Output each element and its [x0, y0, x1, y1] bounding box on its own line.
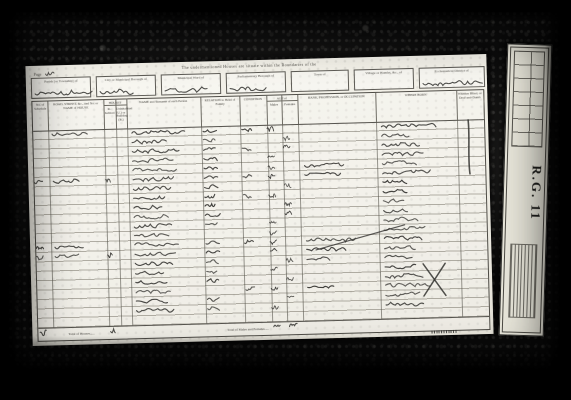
column-header-relation: RELATION to Head of Family: [200, 96, 241, 126]
district-box-label: Village or Hamlet, &c., of: [355, 69, 413, 76]
district-box-handwriting: [162, 74, 223, 97]
group-header-age-of: AGE of: [266, 96, 298, 102]
ink-stroke: [423, 80, 482, 86]
column-separator: [282, 124, 288, 321]
ink-stroke: [35, 90, 92, 96]
district-box-handwriting: [97, 76, 158, 99]
column-separator: [104, 129, 110, 326]
column-header-occupation: RANK, PROFESSION, or OCCUPATION: [297, 93, 376, 124]
district-box-5: Village or Hamlet, &c., of: [354, 68, 415, 91]
strip-fine-print: [508, 244, 537, 319]
group-header-houses: HOUSES: [104, 100, 127, 106]
ink-stroke: [230, 87, 266, 92]
column-header-label: RELATION to Head of Family: [200, 96, 240, 106]
column-header-name: NAME and Surname of each Person: [126, 97, 202, 128]
column-header-label: No. of Schedule: [32, 102, 48, 112]
column-separator: [298, 124, 304, 321]
column-separator: [457, 120, 463, 317]
ink-stroke: [165, 87, 207, 93]
column-header-label: CONDITION: [240, 96, 266, 102]
table-body: [33, 119, 489, 328]
scanned-census-photograph: Page The undermentioned Houses are situa…: [0, 0, 571, 400]
strip-inner-border: R.G. 11: [502, 46, 549, 333]
column-header-label: NAME and Surname of each Person: [126, 98, 200, 106]
column-header-label: WHERE BORN: [375, 91, 456, 99]
district-box-4: Town of: [291, 70, 350, 93]
column-header-label: RANK, PROFESSION, or OCCUPATION: [297, 93, 375, 101]
census-page: Page The undermentioned Houses are situa…: [25, 54, 493, 346]
column-separator: [240, 125, 246, 322]
column-separator: [201, 126, 207, 323]
district-box-handwriting: [227, 72, 288, 95]
column-header-label: Whether Blind, or Deaf-and-Dumb: [456, 90, 483, 100]
column-separator: [116, 129, 122, 326]
strip-reference-grid: [511, 51, 545, 148]
column-separator: [376, 122, 382, 319]
ink-stroke: [100, 89, 133, 95]
strip-rg-code: R.G. 11: [506, 149, 546, 236]
column-separator: [127, 128, 133, 325]
district-box-0: Parish [or Township] of: [31, 76, 92, 99]
district-box-label: Town of: [292, 71, 348, 77]
district-box-1: City or Municipal Borough of: [96, 75, 157, 98]
column-separator: [48, 130, 54, 327]
district-box-3: Parliamentary Borough of: [226, 71, 287, 94]
district-box-2: Municipal Ward of: [161, 73, 222, 96]
printers-mark: [431, 330, 457, 334]
column-separator: [267, 125, 273, 322]
district-box-handwriting: [32, 77, 93, 100]
total-of-males-females-label: Total of Males and Females.....: [132, 323, 269, 339]
column-header-born: WHERE BORN: [375, 91, 458, 122]
census-table: No. of ScheduleROAD, STREET, &c., and No…: [31, 89, 490, 342]
column-header-label: ROAD, STREET, &c., and No. or NAME of HO…: [48, 100, 104, 111]
district-box-handwriting: [420, 67, 487, 90]
district-box-6: Ecclesiastical District of: [419, 66, 486, 89]
archive-reference-strip: R.G. 11: [499, 43, 553, 336]
column-header-road: ROAD, STREET, &c., and No. or NAME of HO…: [48, 100, 106, 130]
column-header-blind: Whether Blind, or Deaf-and-Dumb: [456, 90, 485, 120]
total-of-houses-label: Total of Houses......: [54, 327, 110, 340]
column-header-condition: CONDITION: [240, 96, 268, 126]
